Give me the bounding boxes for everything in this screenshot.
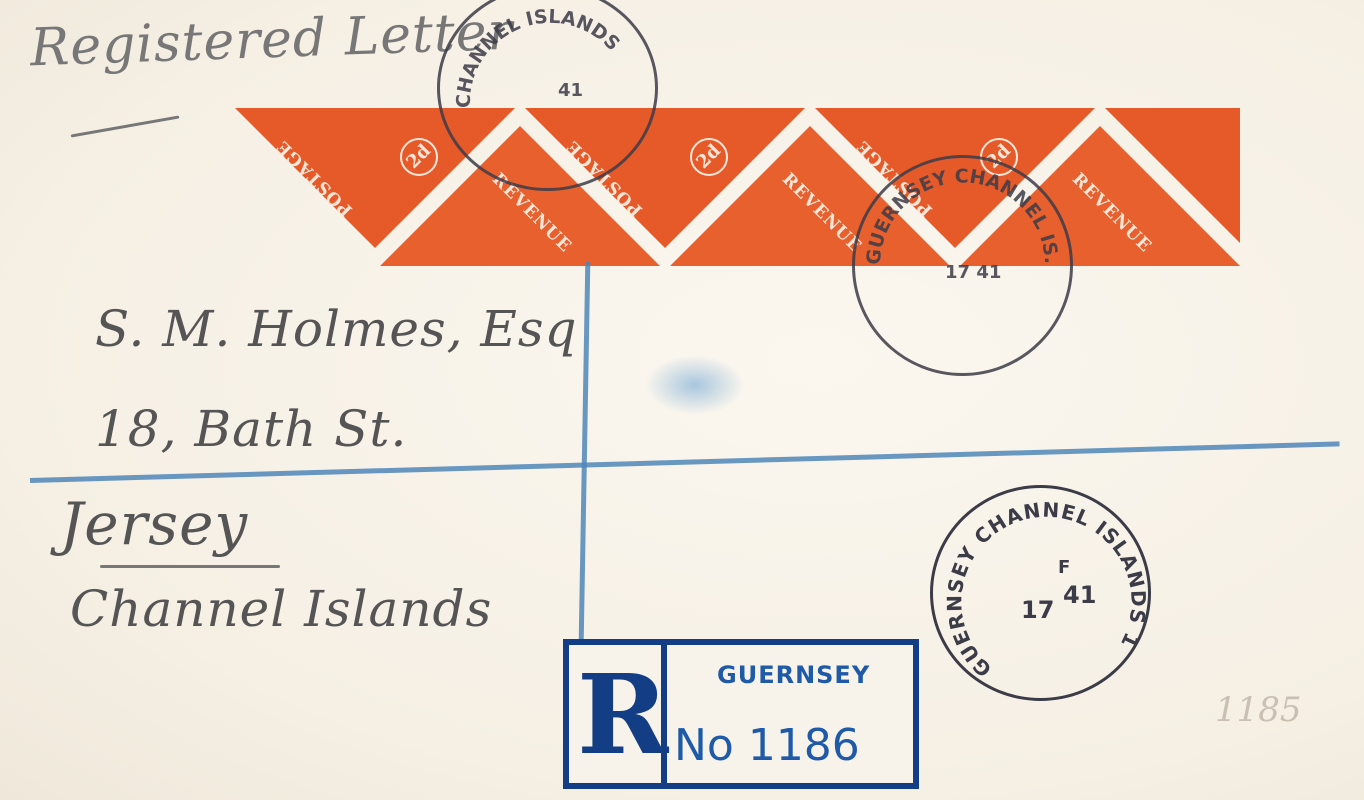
svg-text:17 41: 17 41 bbox=[945, 262, 1001, 283]
address-line-3: Jersey bbox=[60, 490, 248, 558]
address-line-2: 18, Bath St. bbox=[95, 400, 407, 458]
registration-letter: R bbox=[577, 655, 668, 775]
svg-text:41: 41 bbox=[558, 80, 583, 101]
postmark-top: CHANNEL ISLANDS41 bbox=[437, 0, 658, 191]
blue-smudge bbox=[645, 355, 745, 415]
svg-text:GUERNSEY CHANNEL ISLANDS 1: GUERNSEY CHANNEL ISLANDS 1 bbox=[942, 498, 1148, 682]
pencil-note: 1185 bbox=[1215, 690, 1302, 730]
postmark-middle: GUERNSEY CHANNEL IS.17 41 bbox=[852, 155, 1073, 376]
svg-text:41: 41 bbox=[1063, 581, 1096, 609]
svg-text:F: F bbox=[1058, 557, 1070, 578]
svg-text:17: 17 bbox=[1021, 596, 1054, 624]
address-underline bbox=[100, 565, 280, 568]
svg-text:CHANNEL ISLANDS: CHANNEL ISLANDS bbox=[453, 6, 624, 109]
stamp-strip: POSTAGE POSTAGE POSTAGE REVENUE REVENUE … bbox=[235, 108, 1240, 266]
address-line-4: Channel Islands bbox=[70, 580, 492, 638]
address-line-1: S. M. Holmes, Esq bbox=[95, 300, 578, 358]
svg-text:GUERNSEY CHANNEL IS.: GUERNSEY CHANNEL IS. bbox=[863, 165, 1062, 265]
registration-office: GUERNSEY bbox=[717, 661, 870, 689]
postmark-bottom: GUERNSEY CHANNEL ISLANDS 11741F bbox=[930, 485, 1151, 701]
registration-r-box: R bbox=[569, 645, 667, 783]
registration-number: No 1186 bbox=[674, 720, 860, 771]
registration-label: R GUERNSEY No 1186 bbox=[563, 639, 919, 789]
